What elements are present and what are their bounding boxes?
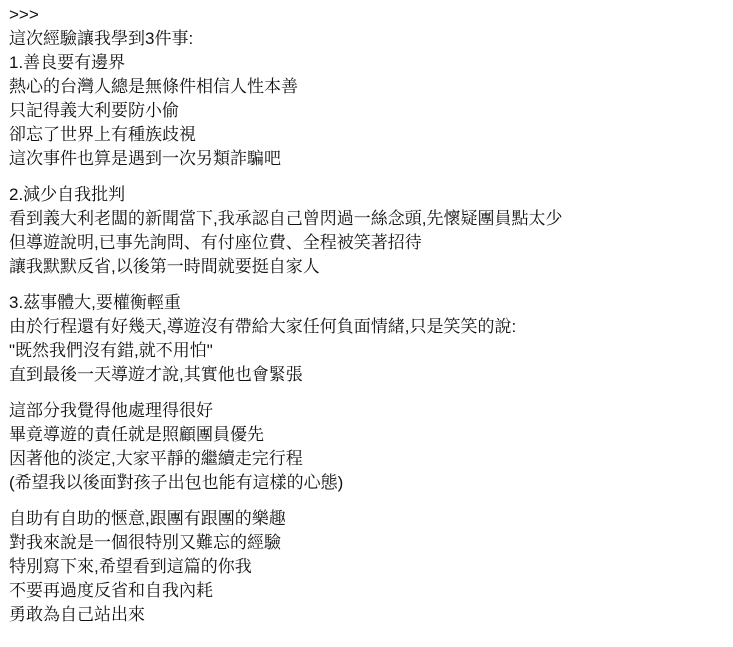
text-line: 但導遊說明,已事先詢問、有付座位費、全程被笑著招待 <box>9 231 723 255</box>
text-line: 自助有自助的愜意,跟團有跟團的樂趣 <box>9 507 723 531</box>
text-line-quote: "既然我們沒有錯,就不用怕" <box>9 339 723 363</box>
text-line: 特別寫下來,希望看到這篇的你我 <box>9 555 723 579</box>
post-body: >>> 這次經驗讓我學到3件事: 1.善良要有邊界 熱心的台灣人總是無條件相信人… <box>0 0 733 627</box>
text-line: 對我來說是一個很特別又難忘的經驗 <box>9 531 723 555</box>
paragraph-lesson-2: 2.減少自我批判 看到義大利老闆的新聞當下,我承認自己曾閃過一絲念頭,先懷疑團員… <box>9 183 723 279</box>
text-line: 卻忘了世界上有種族歧視 <box>9 123 723 147</box>
text-line-parenthetical: (希望我以後面對孩子出包也能有這樣的心態) <box>9 471 723 495</box>
quote-marker-line: >>> <box>9 3 723 27</box>
paragraph-guide-praise: 這部分我覺得他處理得很好 畢竟導遊的責任就是照顧團員優先 因著他的淡定,大家平靜… <box>9 399 723 495</box>
text-line-lesson-2-title: 2.減少自我批判 <box>9 183 723 207</box>
text-line: 這次經驗讓我學到3件事: <box>9 27 723 51</box>
paragraph-closing: 自助有自助的愜意,跟團有跟團的樂趣 對我來說是一個很特別又難忘的經驗 特別寫下來… <box>9 507 723 627</box>
text-line: 直到最後一天導遊才說,其實他也會緊張 <box>9 363 723 387</box>
text-line: 熱心的台灣人總是無條件相信人性本善 <box>9 75 723 99</box>
text-line: 只記得義大利要防小偷 <box>9 99 723 123</box>
text-line: 因著他的淡定,大家平靜的繼續走完行程 <box>9 447 723 471</box>
text-line: 讓我默默反省,以後第一時間就要挺自家人 <box>9 255 723 279</box>
text-line-lesson-1-title: 1.善良要有邊界 <box>9 51 723 75</box>
paragraph-lesson-3: 3.茲事體大,要權衡輕重 由於行程還有好幾天,導遊沒有帶給大家任何負面情緒,只是… <box>9 291 723 387</box>
text-line: 畢竟導遊的責任就是照顧團員優先 <box>9 423 723 447</box>
text-line-lesson-3-title: 3.茲事體大,要權衡輕重 <box>9 291 723 315</box>
text-line: 看到義大利老闆的新聞當下,我承認自己曾閃過一絲念頭,先懷疑團員點太少 <box>9 207 723 231</box>
text-line: 這部分我覺得他處理得很好 <box>9 399 723 423</box>
paragraph-lessons-intro: >>> 這次經驗讓我學到3件事: 1.善良要有邊界 熱心的台灣人總是無條件相信人… <box>9 3 723 171</box>
text-line: 由於行程還有好幾天,導遊沒有帶給大家任何負面情緒,只是笑笑的說: <box>9 315 723 339</box>
text-line: 這次事件也算是遇到一次另類詐騙吧 <box>9 147 723 171</box>
text-line: 不要再過度反省和自我內耗 <box>9 579 723 603</box>
text-line: 勇敢為自己站出來 <box>9 603 723 627</box>
